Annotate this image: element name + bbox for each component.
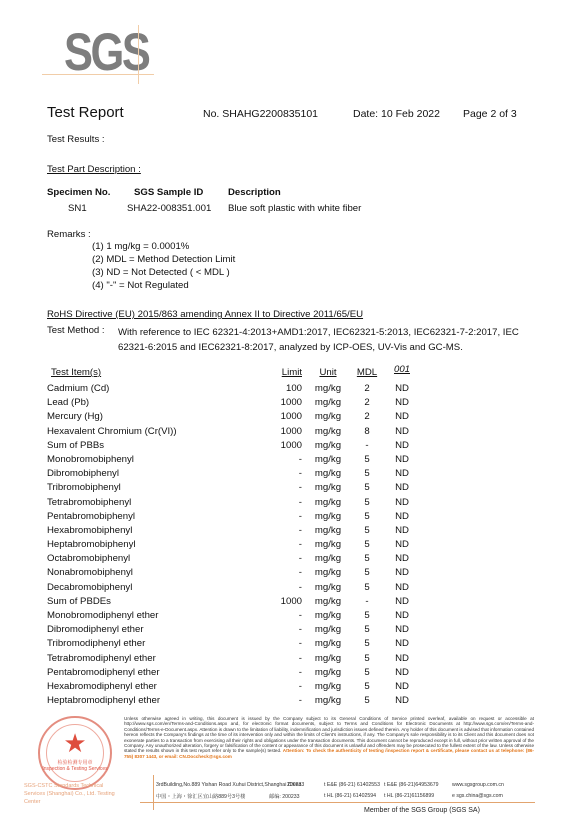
- report-number: No. SHAHG2200835101: [203, 108, 318, 120]
- cell-result: ND: [389, 553, 415, 564]
- cell-limit: -: [262, 610, 302, 621]
- cell-mdl: 5: [352, 567, 382, 578]
- cell-mdl: 5: [352, 681, 382, 692]
- website-link[interactable]: www.sgsgroup.com.cn: [452, 782, 504, 788]
- test-method-text: With reference to IEC 62321-4:2013+AMD1:…: [118, 325, 528, 355]
- cell-result: ND: [389, 482, 415, 493]
- stamp-text-en: Inspection & Testing Services: [40, 766, 110, 772]
- specimen-sample-id: SHA22-008351.001: [127, 203, 211, 215]
- sgs-logo: SGS: [64, 26, 148, 79]
- table-row: Mercury (Hg)1000mg/kg2ND: [47, 411, 447, 425]
- header-unit: Unit: [310, 367, 346, 378]
- cell-result: ND: [389, 681, 415, 692]
- table-row: Hexavalent Chromium (Cr(VI))1000mg/kg8ND: [47, 426, 447, 440]
- test-part-description-label: Test Part Description :: [47, 164, 141, 176]
- remark-item: (1) 1 mg/kg = 0.0001%: [92, 241, 235, 254]
- cell-limit: 1000: [262, 426, 302, 437]
- cell-mdl: 5: [352, 610, 382, 621]
- cell-limit: -: [262, 567, 302, 578]
- specimen-header-description: Description: [228, 187, 281, 199]
- cell-unit: mg/kg: [310, 482, 346, 493]
- cell-test-item: Pentabromodiphenyl ether: [47, 667, 160, 678]
- cell-limit: 1000: [262, 397, 302, 408]
- header-sample-001: 001: [389, 364, 415, 375]
- table-row: Pentabromodiphenyl ether-mg/kg5ND: [47, 667, 447, 681]
- cell-result: ND: [389, 567, 415, 578]
- table-row: Tetrabromobiphenyl-mg/kg5ND: [47, 497, 447, 511]
- cell-limit: -: [262, 695, 302, 706]
- cell-mdl: 5: [352, 454, 382, 465]
- table-row: Hexabromodiphenyl ether-mg/kg5ND: [47, 681, 447, 695]
- remarks-label: Remarks :: [47, 229, 91, 241]
- specimen-no: SN1: [68, 203, 87, 215]
- phone-ee-1: t E&E (86-21) 61402553: [324, 782, 380, 788]
- cell-limit: -: [262, 582, 302, 593]
- cell-result: ND: [389, 411, 415, 422]
- cell-unit: mg/kg: [310, 582, 346, 593]
- cell-mdl: 5: [352, 468, 382, 479]
- cell-mdl: 2: [352, 411, 382, 422]
- cell-limit: -: [262, 539, 302, 550]
- cell-unit: mg/kg: [310, 638, 346, 649]
- cell-result: ND: [389, 397, 415, 408]
- table-row: Hexabromobiphenyl-mg/kg5ND: [47, 525, 447, 539]
- cell-result: ND: [389, 497, 415, 508]
- cell-test-item: Decabromobiphenyl: [47, 582, 132, 593]
- cell-mdl: 5: [352, 638, 382, 649]
- phone-hl-1: t HL (86-21) 61402594: [324, 793, 376, 799]
- table-row: Tetrabromodiphenyl ether-mg/kg5ND: [47, 653, 447, 667]
- cell-test-item: Tetrabromobiphenyl: [47, 497, 131, 508]
- postcode-cn: 邮编: 200233: [269, 793, 300, 800]
- cell-result: ND: [389, 653, 415, 664]
- address-divider-vertical: [153, 775, 154, 810]
- cell-test-item: Nonabromobiphenyl: [47, 567, 133, 578]
- phone-hl-2: t HL (86-21)61156899: [384, 793, 434, 799]
- member-statement: Member of the SGS Group (SGS SA): [364, 807, 480, 814]
- test-results-label: Test Results :: [47, 134, 105, 146]
- header-limit: Limit: [262, 367, 302, 378]
- cell-test-item: Sum of PBDEs: [47, 596, 111, 607]
- cell-mdl: 5: [352, 525, 382, 536]
- cell-unit: mg/kg: [310, 525, 346, 536]
- cell-limit: 1000: [262, 440, 302, 451]
- stamp-caption: SGS-CSTC Standards Technical Services (S…: [24, 782, 124, 806]
- cell-limit: -: [262, 525, 302, 536]
- cell-limit: -: [262, 553, 302, 564]
- specimen-header-sample-id: SGS Sample ID: [134, 187, 203, 199]
- cell-limit: -: [262, 468, 302, 479]
- address-cn: 中国・上海・徐汇区宜山路889号3号楼: [156, 793, 245, 800]
- table-row: Heptabromobiphenyl-mg/kg5ND: [47, 539, 447, 553]
- cell-unit: mg/kg: [310, 397, 346, 408]
- address-en: 3rdBuilding,No.889 Yishan Road Xuhui Dis…: [156, 782, 301, 788]
- cell-mdl: 5: [352, 497, 382, 508]
- cell-result: ND: [389, 440, 415, 451]
- table-row: Octabromobiphenyl-mg/kg5ND: [47, 553, 447, 567]
- email-link[interactable]: e sgs.china@sgs.com: [452, 793, 503, 799]
- specimen-header-no: Specimen No.: [47, 187, 110, 199]
- header-test-item: Test Item(s): [51, 367, 101, 378]
- postcode-en: 200233: [287, 782, 304, 788]
- cell-result: ND: [389, 511, 415, 522]
- cell-mdl: 2: [352, 397, 382, 408]
- cell-mdl: 5: [352, 653, 382, 664]
- cell-unit: mg/kg: [310, 468, 346, 479]
- cell-test-item: Pentabromobiphenyl: [47, 511, 135, 522]
- cell-result: ND: [389, 638, 415, 649]
- remark-item: (2) MDL = Method Detection Limit: [92, 254, 235, 267]
- cell-test-item: Dibromobiphenyl: [47, 468, 119, 479]
- cell-result: ND: [389, 667, 415, 678]
- cell-result: ND: [389, 383, 415, 394]
- cell-unit: mg/kg: [310, 596, 346, 607]
- cell-test-item: Heptabromodiphenyl ether: [47, 695, 160, 706]
- cell-result: ND: [389, 539, 415, 550]
- cell-test-item: Cadmium (Cd): [47, 383, 109, 394]
- test-method-label: Test Method :: [47, 325, 105, 337]
- table-row: Pentabromobiphenyl-mg/kg5ND: [47, 511, 447, 525]
- cell-unit: mg/kg: [310, 624, 346, 635]
- cell-limit: -: [262, 454, 302, 465]
- cell-unit: mg/kg: [310, 511, 346, 522]
- phone-ee-2: t E&E (86-21)64953679: [384, 782, 439, 788]
- results-table-header: Test Item(s) Limit Unit MDL 001: [47, 367, 447, 383]
- star-icon: ★: [40, 730, 110, 756]
- stamp-text: 检验检测专用章 Inspection & Testing Services: [40, 760, 110, 772]
- cell-unit: mg/kg: [310, 497, 346, 508]
- cell-mdl: 5: [352, 695, 382, 706]
- cell-result: ND: [389, 582, 415, 593]
- table-row: Nonabromobiphenyl-mg/kg5ND: [47, 567, 447, 581]
- cell-result: ND: [389, 468, 415, 479]
- table-row: Dibromobiphenyl-mg/kg5ND: [47, 468, 447, 482]
- table-row: Decabromobiphenyl-mg/kg5ND: [47, 582, 447, 596]
- cell-limit: -: [262, 667, 302, 678]
- cell-unit: mg/kg: [310, 440, 346, 451]
- cell-mdl: 5: [352, 482, 382, 493]
- cell-unit: mg/kg: [310, 426, 346, 437]
- cell-test-item: Tribromobiphenyl: [47, 482, 121, 493]
- cell-result: ND: [389, 596, 415, 607]
- cell-test-item: Monobromodiphenyl ether: [47, 610, 158, 621]
- cell-result: ND: [389, 525, 415, 536]
- cell-unit: mg/kg: [310, 667, 346, 678]
- cell-limit: 1000: [262, 411, 302, 422]
- cell-unit: mg/kg: [310, 653, 346, 664]
- cell-unit: mg/kg: [310, 411, 346, 422]
- table-row: Monobromodiphenyl ether-mg/kg5ND: [47, 610, 447, 624]
- directive-title: RoHS Directive (EU) 2015/863 amending An…: [47, 309, 363, 321]
- cell-unit: mg/kg: [310, 610, 346, 621]
- cell-mdl: -: [352, 440, 382, 451]
- cell-limit: -: [262, 497, 302, 508]
- cell-mdl: 2: [352, 383, 382, 394]
- cell-result: ND: [389, 624, 415, 635]
- cell-test-item: Hexabromodiphenyl ether: [47, 681, 157, 692]
- cell-unit: mg/kg: [310, 567, 346, 578]
- table-row: Dibromodiphenyl ether-mg/kg5ND: [47, 624, 447, 638]
- table-row: Tribromodiphenyl ether-mg/kg5ND: [47, 638, 447, 652]
- cell-test-item: Heptabromobiphenyl: [47, 539, 136, 550]
- cell-test-item: Mercury (Hg): [47, 411, 103, 422]
- cell-test-item: Octabromobiphenyl: [47, 553, 130, 564]
- remark-item: (4) "-" = Not Regulated: [92, 280, 235, 293]
- cell-test-item: Dibromodiphenyl ether: [47, 624, 144, 635]
- remark-item: (3) ND = Not Detected ( < MDL ): [92, 267, 235, 280]
- table-row: Sum of PBDEs1000mg/kg-ND: [47, 596, 447, 610]
- cell-limit: -: [262, 653, 302, 664]
- cell-test-item: Hexabromobiphenyl: [47, 525, 132, 536]
- cell-mdl: 5: [352, 539, 382, 550]
- cell-unit: mg/kg: [310, 695, 346, 706]
- cell-mdl: -: [352, 596, 382, 607]
- page-indicator: Page 2 of 3: [463, 108, 517, 120]
- cell-mdl: 8: [352, 426, 382, 437]
- cell-limit: -: [262, 638, 302, 649]
- cell-test-item: Hexavalent Chromium (Cr(VI)): [47, 426, 177, 437]
- cell-limit: 100: [262, 383, 302, 394]
- header-mdl: MDL: [352, 367, 382, 378]
- cell-result: ND: [389, 454, 415, 465]
- logo-divider-vertical: [138, 25, 139, 84]
- cell-test-item: Sum of PBBs: [47, 440, 104, 451]
- inspection-stamp: ★ 检验检测专用章 Inspection & Testing Services: [38, 716, 112, 790]
- legal-disclaimer: Unless otherwise agreed in writing, this…: [124, 716, 534, 759]
- cell-unit: mg/kg: [310, 553, 346, 564]
- footer-divider: [140, 802, 535, 803]
- cell-limit: 1000: [262, 596, 302, 607]
- remarks-list: (1) 1 mg/kg = 0.0001% (2) MDL = Method D…: [92, 241, 235, 293]
- cell-limit: -: [262, 681, 302, 692]
- cell-mdl: 5: [352, 624, 382, 635]
- table-row: Lead (Pb)1000mg/kg2ND: [47, 397, 447, 411]
- results-table: Test Item(s) Limit Unit MDL 001 Cadmium …: [47, 367, 447, 709]
- table-row: Heptabromodiphenyl ether-mg/kg5ND: [47, 695, 447, 709]
- report-date: Date: 10 Feb 2022: [353, 108, 440, 120]
- specimen-description: Blue soft plastic with white fiber: [228, 203, 361, 215]
- cell-unit: mg/kg: [310, 383, 346, 394]
- report-title: Test Report: [47, 104, 124, 121]
- cell-unit: mg/kg: [310, 681, 346, 692]
- cell-mdl: 5: [352, 511, 382, 522]
- table-row: Sum of PBBs1000mg/kg-ND: [47, 440, 447, 454]
- cell-test-item: Tribromodiphenyl ether: [47, 638, 145, 649]
- cell-limit: -: [262, 511, 302, 522]
- results-table-body: Cadmium (Cd)100mg/kg2NDLead (Pb)1000mg/k…: [47, 383, 447, 709]
- cell-mdl: 5: [352, 582, 382, 593]
- cell-result: ND: [389, 426, 415, 437]
- table-row: Monobromobiphenyl-mg/kg5ND: [47, 454, 447, 468]
- cell-result: ND: [389, 695, 415, 706]
- cell-test-item: Lead (Pb): [47, 397, 89, 408]
- cell-unit: mg/kg: [310, 539, 346, 550]
- cell-result: ND: [389, 610, 415, 621]
- table-row: Tribromobiphenyl-mg/kg5ND: [47, 482, 447, 496]
- cell-test-item: Monobromobiphenyl: [47, 454, 134, 465]
- cell-limit: -: [262, 482, 302, 493]
- cell-mdl: 5: [352, 667, 382, 678]
- cell-test-item: Tetrabromodiphenyl ether: [47, 653, 156, 664]
- table-row: Cadmium (Cd)100mg/kg2ND: [47, 383, 447, 397]
- cell-mdl: 5: [352, 553, 382, 564]
- cell-limit: -: [262, 624, 302, 635]
- cell-unit: mg/kg: [310, 454, 346, 465]
